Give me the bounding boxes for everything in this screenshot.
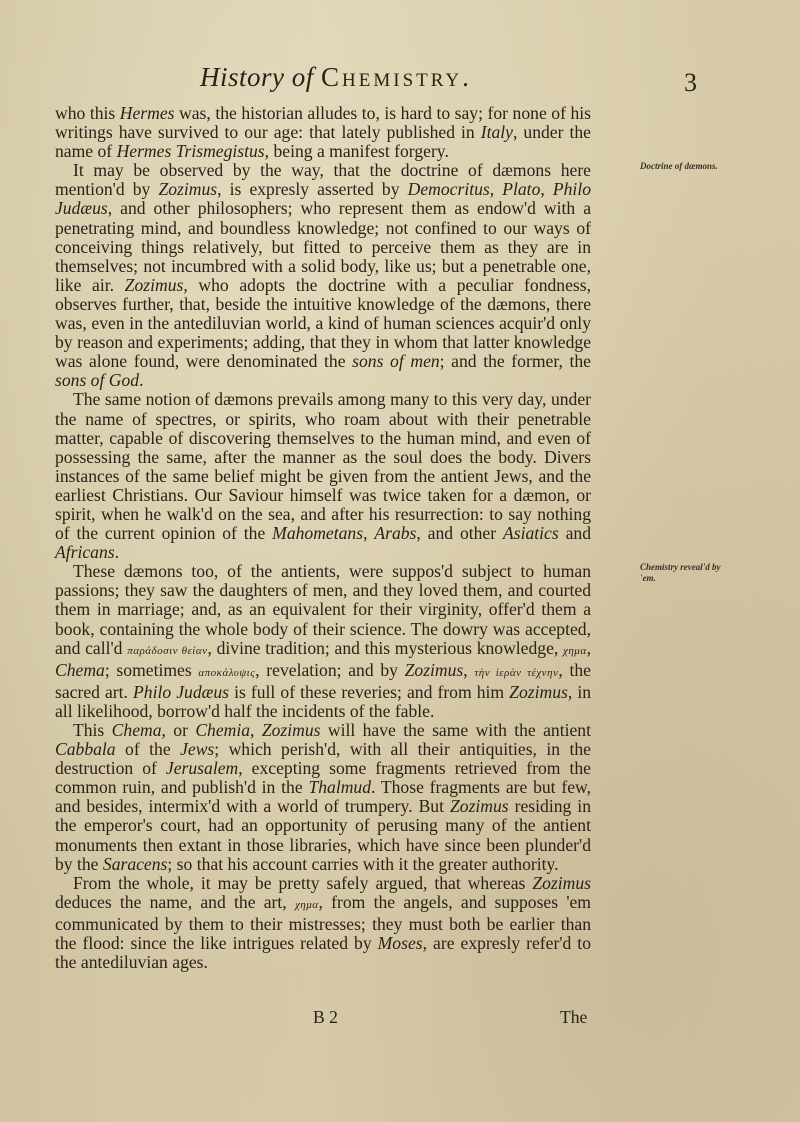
text-run: , revelation; and by xyxy=(255,660,404,680)
greek-term: χημα xyxy=(295,899,319,911)
paragraph: This Chema, or Chemia, Zozimus will have… xyxy=(55,721,591,874)
text-run: , xyxy=(463,660,474,680)
italic-term: Mahometans xyxy=(272,523,363,543)
italic-term: Africans xyxy=(55,542,115,562)
greek-term: χημα xyxy=(563,645,587,657)
text-run: , xyxy=(540,179,553,199)
margin-note-daemons: Doctrine of dæmons. xyxy=(640,161,730,172)
italic-term: Chema xyxy=(112,720,162,740)
text-run: who this xyxy=(55,103,120,123)
italic-term: Plato xyxy=(502,179,540,199)
italic-term: Zozimus xyxy=(262,720,321,740)
italic-term: Philo Judæus xyxy=(133,682,229,702)
signature-mark: B 2 xyxy=(313,1007,338,1028)
text-run: , is expresly asserted by xyxy=(217,179,408,199)
italic-term: Zozimus xyxy=(450,796,509,816)
paragraph: These dæmons too, of the antients, were … xyxy=(55,562,591,721)
italic-term: Chemia xyxy=(195,720,250,740)
italic-term: Hermes Trismegistus xyxy=(117,141,265,161)
text-run: will have the same with the antient xyxy=(321,720,592,740)
running-title: History of Chemistry. xyxy=(200,62,472,93)
greek-term: τὴν ἱερὰν τέχνην xyxy=(474,667,558,679)
text-run: deduces the name, and the art, xyxy=(55,892,295,912)
margin-note-chemistry: Chemistry reveal'd by 'em. xyxy=(640,562,730,584)
italic-term: Asiatics xyxy=(503,523,559,543)
text-run: . xyxy=(115,542,119,562)
text-run: , divine tradition; and this mysterious … xyxy=(208,638,563,658)
text-run: This xyxy=(73,720,112,740)
paragraph: who this Hermes was, the historian allud… xyxy=(55,104,591,161)
italic-term: Zozimus xyxy=(125,275,184,295)
page-footer: B 2 The xyxy=(0,1007,800,1031)
book-page: History of Chemistry. 3 Doctrine of dæmo… xyxy=(0,0,800,1122)
text-run: From the whole, it may be pretty safely … xyxy=(73,873,532,893)
greek-term: αποκάλυψις xyxy=(198,667,255,679)
italic-term: Cabbala xyxy=(55,739,116,759)
italic-term: Jews xyxy=(180,739,214,759)
page-number: 3 xyxy=(684,68,697,98)
text-run: ; and the former, the xyxy=(440,351,591,371)
body-text: who this Hermes was, the historian allud… xyxy=(55,104,591,972)
italic-term: Zozimus xyxy=(532,873,591,893)
page-header: History of Chemistry. 3 xyxy=(0,62,800,102)
text-run: , xyxy=(490,179,503,199)
text-run: , xyxy=(363,523,374,543)
text-run: , or xyxy=(162,720,196,740)
italic-term: Hermes xyxy=(120,103,175,123)
catchword: The xyxy=(560,1007,587,1028)
paragraph: From the whole, it may be pretty safely … xyxy=(55,874,591,972)
italic-term: sons of God xyxy=(55,370,139,390)
italic-term: Zozimus xyxy=(405,660,464,680)
text-run: The same notion of dæmons prevails among… xyxy=(55,389,591,543)
text-run: of the xyxy=(116,739,180,759)
italic-term: Italy xyxy=(481,122,513,142)
text-run: . xyxy=(139,370,143,390)
italic-term: Arabs xyxy=(374,523,416,543)
italic-term: Democritus xyxy=(408,179,490,199)
italic-term: Saracens xyxy=(103,854,168,874)
italic-term: Thalmud xyxy=(308,777,371,797)
running-title-italic: History of xyxy=(200,62,314,92)
running-title-caps: Chemistry. xyxy=(321,62,472,92)
text-run: ; so that his account carries with it th… xyxy=(167,854,558,874)
text-run: , and other xyxy=(416,523,503,543)
text-run: ; sometimes xyxy=(105,660,199,680)
paragraph: The same notion of dæmons prevails among… xyxy=(55,390,591,562)
italic-term: Chema xyxy=(55,660,105,680)
text-run: and xyxy=(559,523,591,543)
text-run: , xyxy=(250,720,262,740)
italic-term: Jerusalem xyxy=(166,758,238,778)
italic-term: sons of men xyxy=(352,351,440,371)
greek-term: παράδοσιν θείαν xyxy=(127,645,207,657)
italic-term: Zozimus xyxy=(509,682,568,702)
text-run: , being a manifest forgery. xyxy=(265,141,449,161)
italic-term: Moses xyxy=(378,933,423,953)
italic-term: Zozimus xyxy=(158,179,217,199)
text-run: is full of these reveries; and from him xyxy=(229,682,509,702)
paragraph: It may be observed by the way, that the … xyxy=(55,161,591,390)
text-run: , xyxy=(587,638,591,658)
